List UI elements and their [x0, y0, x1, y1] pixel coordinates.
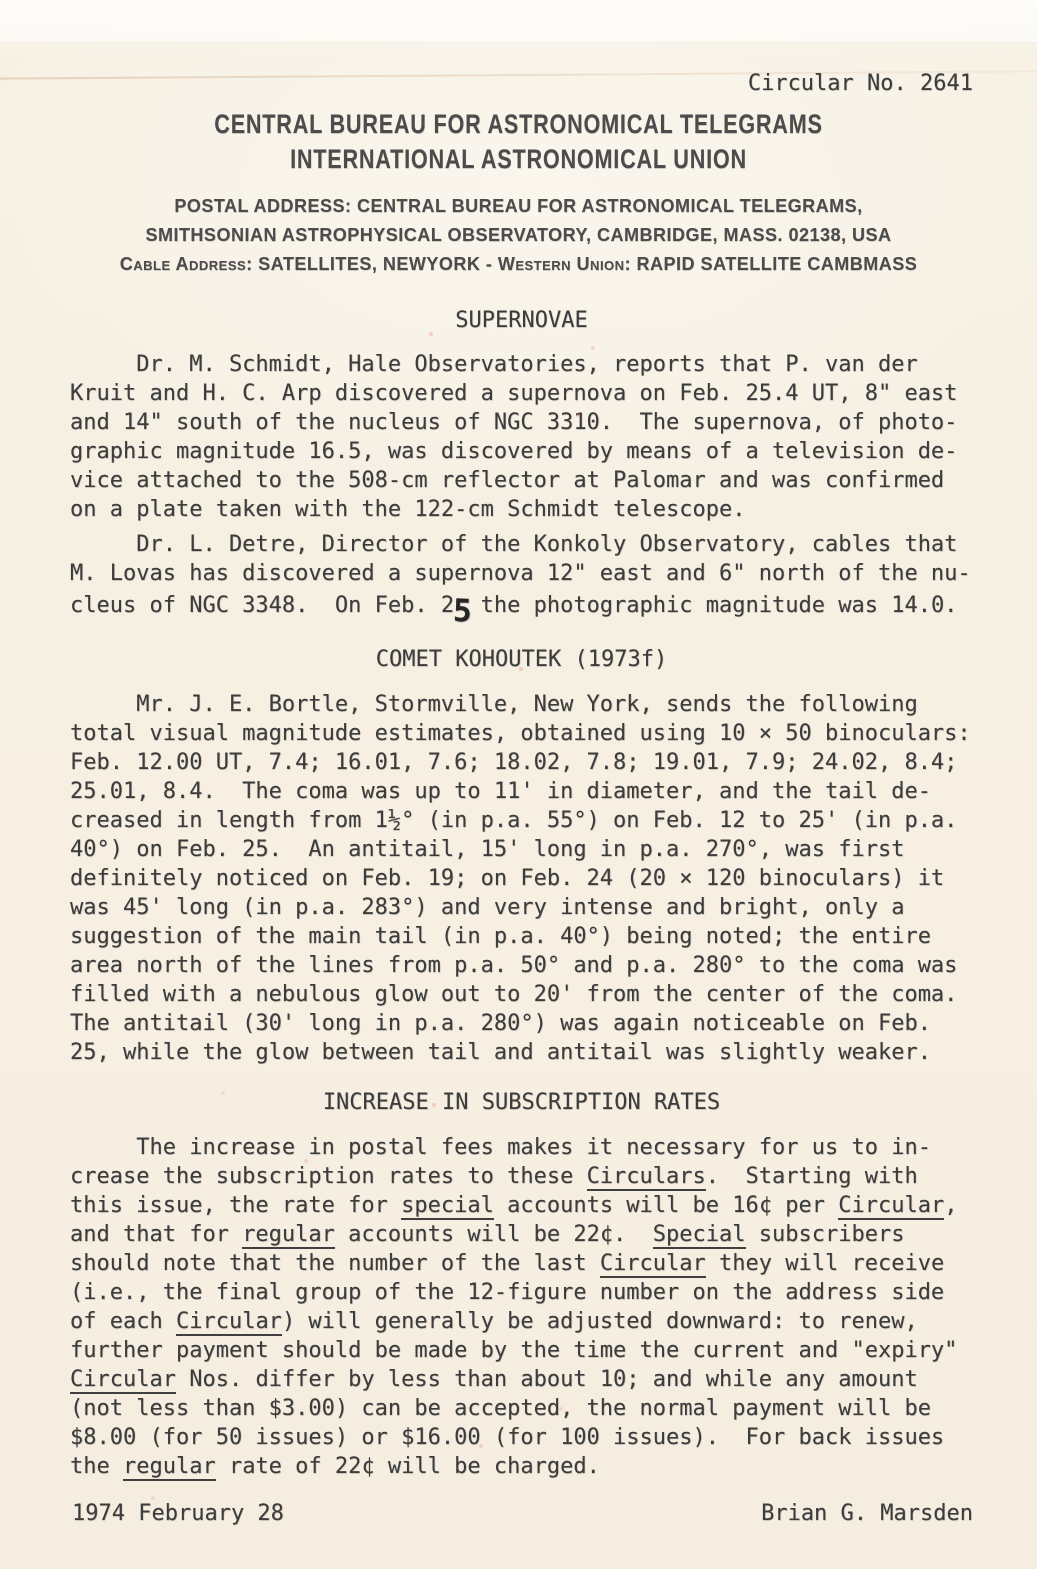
issue-date: 1974 February 28 — [72, 1500, 284, 1527]
text-line: graphic magnitude 16.5, was discovered b… — [70, 437, 1037, 466]
text-line: $8.00 (for 50 issues) or $16.00 (for 100… — [70, 1423, 1037, 1452]
underlined-text: Circular — [70, 1367, 176, 1394]
underlined-text: special — [401, 1193, 494, 1220]
underlined-text: regular — [123, 1454, 216, 1481]
text-line: Feb. 12.00 UT, 7.4; 16.01, 7.6; 18.02, 7… — [70, 748, 1037, 777]
postal-address-line-2: SMITHSONIAN ASTROPHYSICAL OBSERVATORY, C… — [0, 225, 1037, 246]
paragraph: Mr. J. E. Bortle, Stormville, New York, … — [70, 690, 1037, 1067]
section-heading: SUPERNOVAE — [70, 306, 973, 335]
postal-address-line-1: POSTAL ADDRESS: CENTRAL BUREAU FOR ASTRO… — [0, 196, 1037, 217]
text-line: (not less than $3.00) can be accepted, t… — [70, 1394, 1037, 1423]
paragraph: Dr. M. Schmidt, Hale Observatories, repo… — [70, 350, 1037, 524]
document-section: COMET KOHOUTEK (1973f) Mr. J. E. Bortle,… — [70, 645, 1037, 1067]
paragraph: Dr. L. Detre, Director of the Konkoly Ob… — [70, 530, 1037, 617]
text-line: filled with a nebulous glow out to 20' f… — [70, 980, 1037, 1009]
underlined-text: regular — [242, 1222, 335, 1249]
text-line: (i.e., the final group of the 12-figure … — [70, 1278, 1037, 1307]
text-line: total visual magnitude estimates, obtain… — [70, 719, 1037, 748]
text-line: should note that the number of the last … — [70, 1249, 1037, 1278]
text-line: the regular rate of 22¢ will be charged. — [70, 1452, 1037, 1481]
underlined-text: Circular — [176, 1309, 282, 1336]
cable-address-line: Cable Address: SATELLITES, NEWYORK - Wes… — [0, 254, 1037, 275]
text-line: crease the subscription rates to these C… — [70, 1162, 1037, 1191]
text-line: The increase in postal fees makes it nec… — [70, 1133, 1037, 1162]
section-heading: COMET KOHOUTEK (1973f) — [70, 645, 973, 674]
text-line: vice attached to the 508-cm reflector at… — [70, 466, 1037, 495]
text-line: area north of the lines from p.a. 50° an… — [70, 951, 1037, 980]
text-line: Mr. J. E. Bortle, Stormville, New York, … — [70, 690, 1037, 719]
text-line: M. Lovas has discovered a supernova 12" … — [70, 559, 1037, 588]
text-line: Circular Nos. differ by less than about … — [70, 1365, 1037, 1394]
text-line: further payment should be made by the ti… — [70, 1336, 1037, 1365]
text-line: cleus of NGC 3348. On Feb. 25 the photog… — [70, 588, 1037, 617]
underlined-text: Circulars — [587, 1164, 706, 1191]
underlined-text: Circular — [600, 1251, 706, 1278]
document-body: SUPERNOVAE Dr. M. Schmidt, Hale Observat… — [0, 306, 1037, 1481]
section-heading: INCREASE IN SUBSCRIPTION RATES — [70, 1088, 973, 1117]
bureau-title: CENTRAL BUREAU FOR ASTRONOMICAL TELEGRAM… — [104, 110, 934, 138]
text-line: of each Circular) will generally be adju… — [70, 1307, 1037, 1336]
text-line: was 45' long (in p.a. 283°) and very int… — [70, 893, 1037, 922]
text-line: suggestion of the main tail (in p.a. 40°… — [70, 922, 1037, 951]
circular-number: Circular No. 2641 — [748, 71, 973, 97]
text-line: creased in length from 1½° (in p.a. 55°)… — [70, 806, 1037, 835]
text-line: this issue, the rate for special account… — [70, 1191, 1037, 1220]
text-line: 25, while the glow between tail and anti… — [70, 1038, 1037, 1067]
text-line: 25.01, 8.4. The coma was up to 11' in di… — [70, 777, 1037, 806]
document-section: SUPERNOVAE Dr. M. Schmidt, Hale Observat… — [70, 306, 1037, 617]
text-line: and 14" south of the nucleus of NGC 3310… — [70, 408, 1037, 437]
signature: Brian G. Marsden — [761, 1500, 973, 1527]
text-line: and that for regular accounts will be 22… — [70, 1220, 1037, 1249]
text-line: 40°) on Feb. 25. An antitail, 15' long i… — [70, 835, 1037, 864]
text-line: definitely noticed on Feb. 19; on Feb. 2… — [70, 864, 1037, 893]
underlined-text: Circular — [838, 1193, 944, 1220]
underlined-text: Special — [653, 1222, 746, 1249]
scan-speckles — [0, 0, 2, 2]
text-line: Kruit and H. C. Arp discovered a superno… — [70, 379, 1037, 408]
handwritten-digit: 5 — [453, 597, 467, 626]
document-footer: 1974 February 28 Brian G. Marsden — [0, 1500, 1037, 1527]
text-line: Dr. L. Detre, Director of the Konkoly Ob… — [70, 530, 1037, 559]
text-line: Dr. M. Schmidt, Hale Observatories, repo… — [70, 350, 1037, 379]
paper-top-strip — [0, 0, 1037, 43]
union-title: INTERNATIONAL ASTRONOMICAL UNION — [104, 145, 934, 173]
text-line: on a plate taken with the 122-cm Schmidt… — [70, 495, 1037, 524]
text-line: The antitail (30' long in p.a. 280°) was… — [70, 1009, 1037, 1038]
paragraph: The increase in postal fees makes it nec… — [70, 1133, 1037, 1481]
scanned-circular-page: Circular No. 2641 CENTRAL BUREAU FOR AST… — [0, 0, 1037, 1569]
document-section: INCREASE IN SUBSCRIPTION RATES The incre… — [70, 1088, 1037, 1481]
